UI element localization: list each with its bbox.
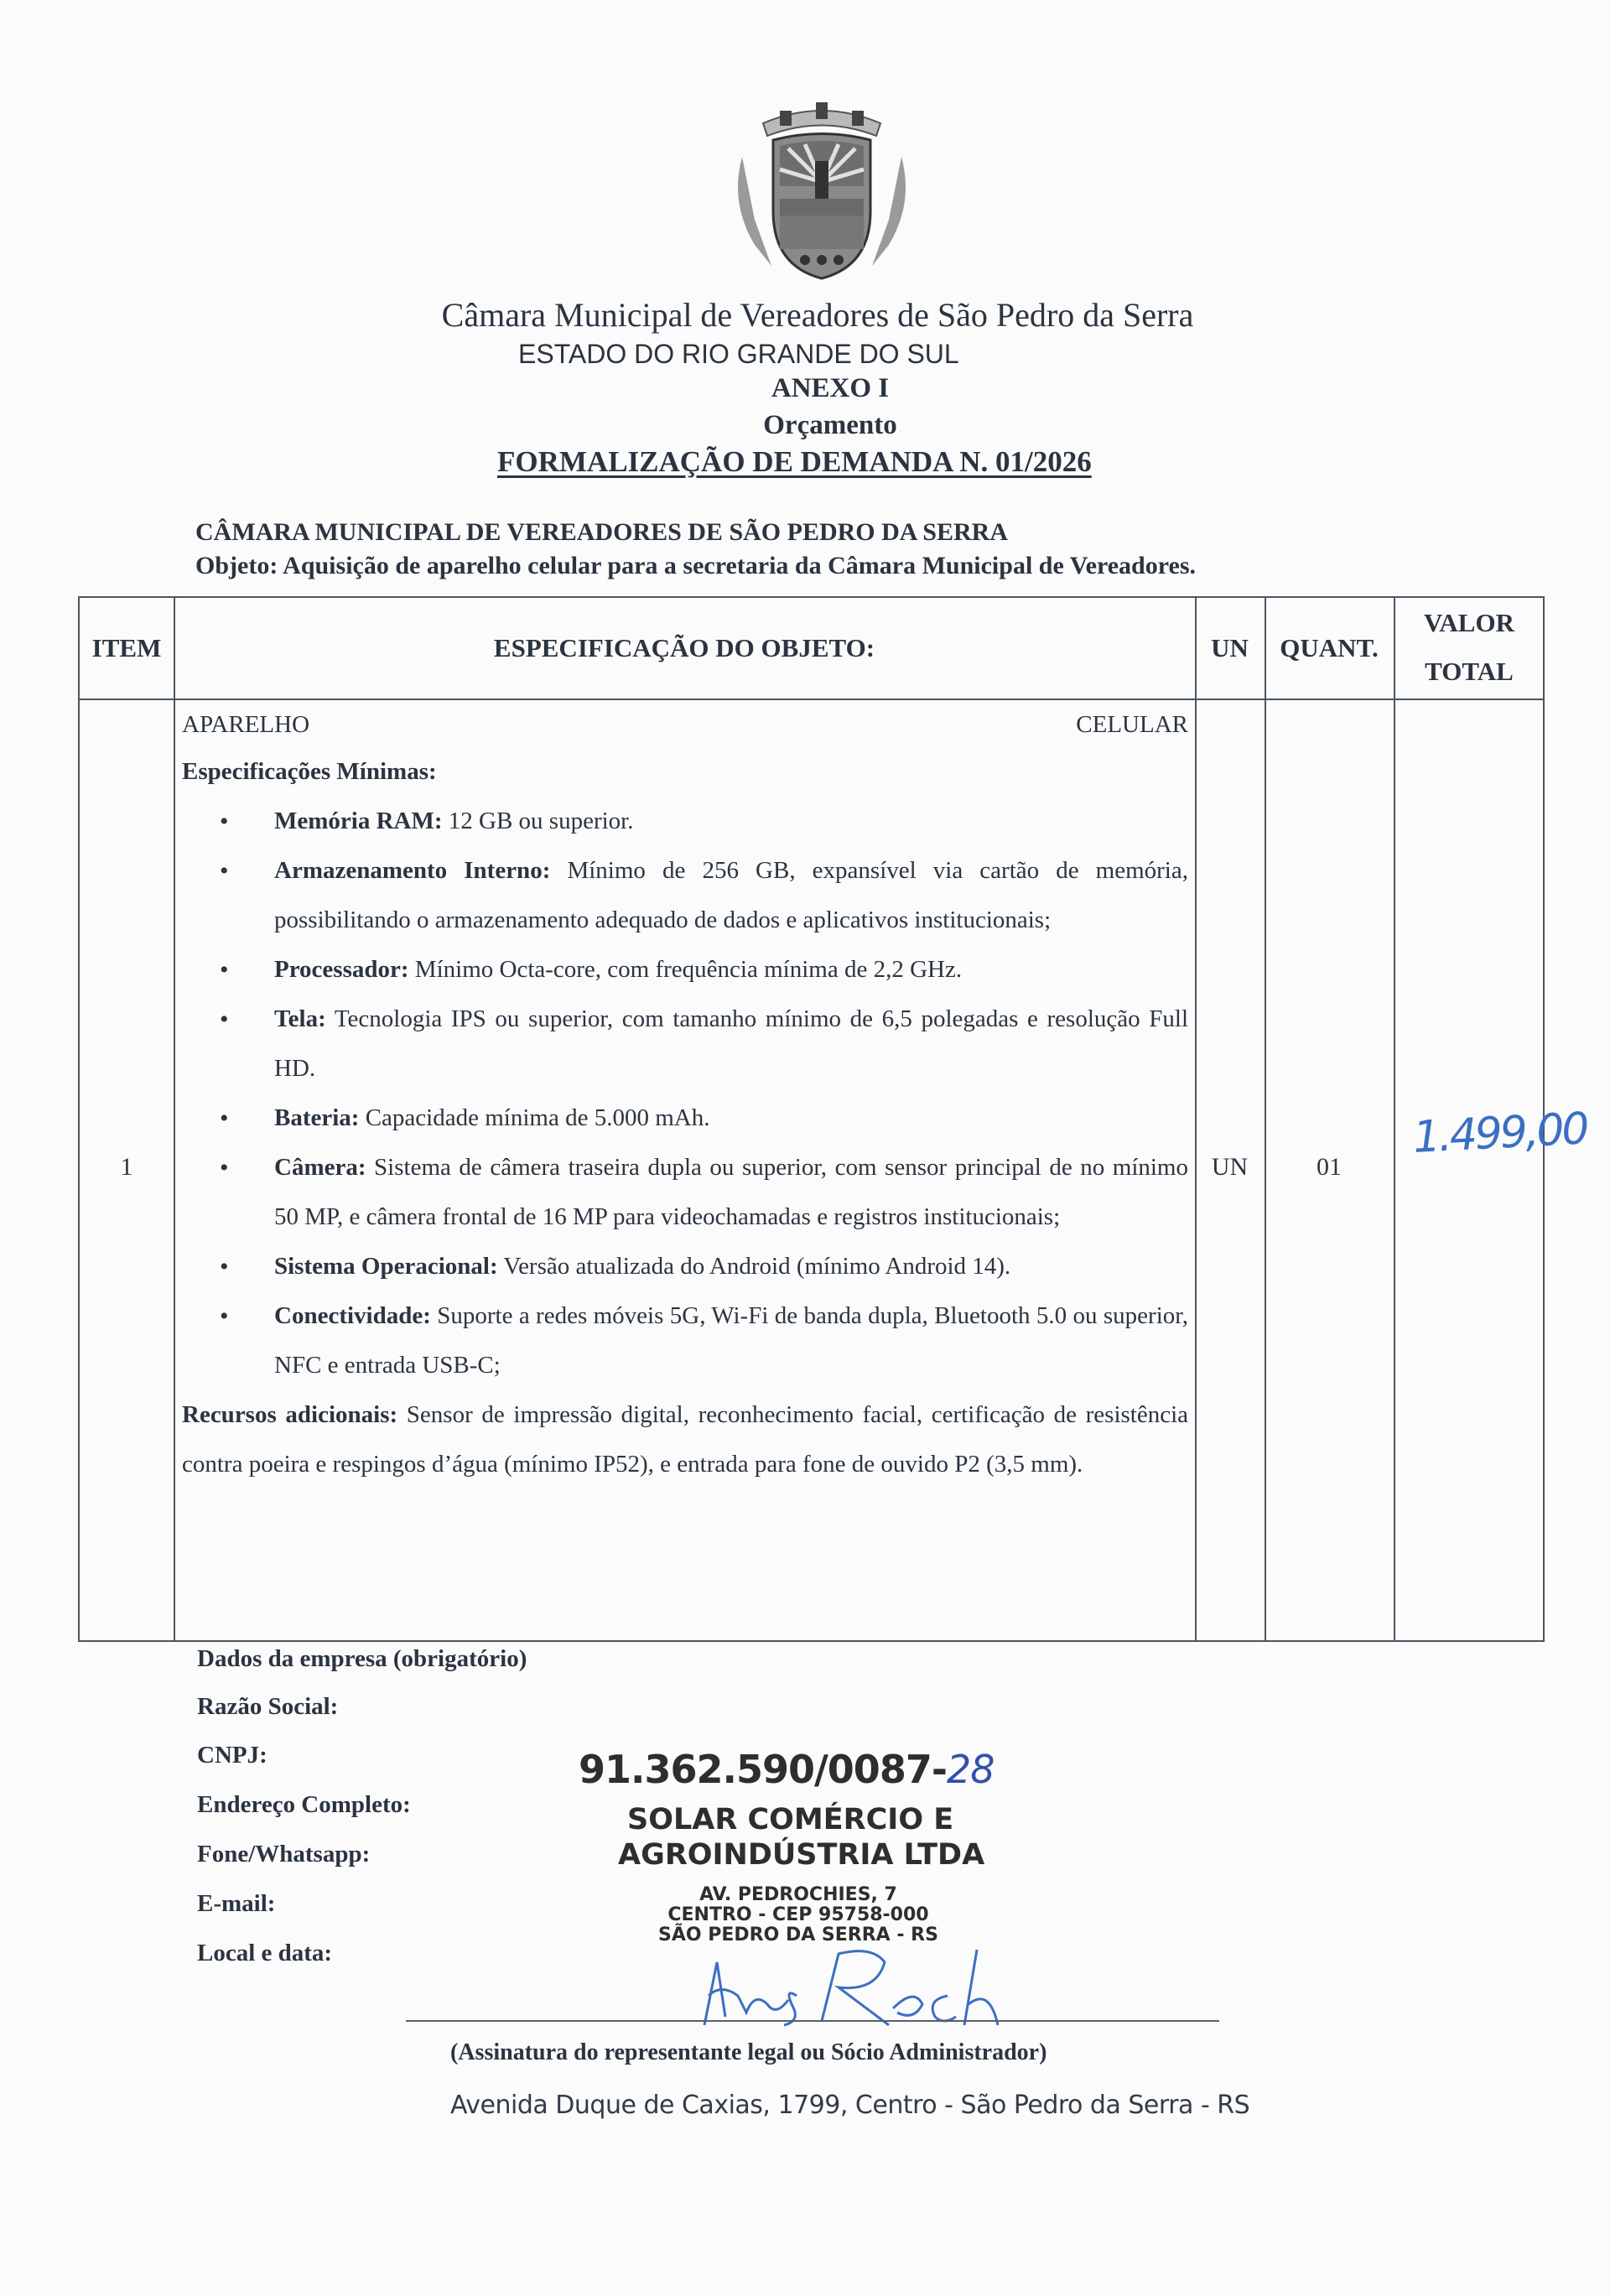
spec-item-camera: Câmera: Sistema de câmera traseira dupla… xyxy=(182,1143,1188,1242)
spec-item-connectivity: Conectividade: Suporte a redes móveis 5G… xyxy=(182,1291,1188,1390)
handwritten-signature xyxy=(696,1945,1048,2038)
additional-resources: Recursos adicionais: Sensor de impressão… xyxy=(182,1390,1188,1489)
cell-unit: UN xyxy=(1195,1153,1265,1182)
cell-quantity: 01 xyxy=(1265,1153,1394,1182)
product-title-row: APARELHO CELULAR xyxy=(182,700,1188,747)
spec-item-storage: Armazenamento Interno: Mínimo de 256 GB,… xyxy=(182,846,1188,945)
header-quantity: QUANT. xyxy=(1265,633,1394,663)
label-address: Endereço Completo: xyxy=(197,1791,411,1819)
institution-title: Câmara Municipal de Vereadores de São Pe… xyxy=(0,295,1610,335)
product-title-left: APARELHO xyxy=(182,700,309,747)
header-item: ITEM xyxy=(80,633,174,663)
label-cnpj: CNPJ: xyxy=(197,1742,267,1769)
spec-item-battery: Bateria: Capacidade mínima de 5.000 mAh. xyxy=(182,1093,1188,1143)
spec-heading: Especificações Mínimas: xyxy=(182,747,1188,797)
municipal-crest-logo xyxy=(721,77,922,287)
spec-item-os: Sistema Operacional: Versão atualizada d… xyxy=(182,1242,1188,1291)
state-subtitle: ESTADO DO RIO GRANDE DO SUL xyxy=(518,339,959,370)
specification-table: ITEM ESPECIFICAÇÃO DO OBJETO: UN QUANT. … xyxy=(78,596,1545,1642)
label-place-date: Local e data: xyxy=(197,1940,332,1967)
label-email: E-mail: xyxy=(197,1890,275,1918)
signature-line xyxy=(406,2020,1219,2022)
stamp-company-name-line2: AGROINDÚSTRIA LTDA xyxy=(618,1838,984,1872)
cell-item-number: 1 xyxy=(80,1153,174,1182)
object-description: Objeto: Aquisição de aparelho celular pa… xyxy=(195,552,1196,580)
footer-address: Avenida Duque de Caxias, 1799, Centro - … xyxy=(450,2091,1249,2120)
cnpj-handwritten-digits: 28 xyxy=(947,1747,995,1792)
stamp-company-name-line1: SOLAR COMÉRCIO E xyxy=(627,1803,953,1836)
demand-number-title: FORMALIZAÇÃO DE DEMANDA N. 01/2026 xyxy=(497,445,1092,479)
document-subtitle: Orçamento xyxy=(0,410,1610,441)
signature-caption: (Assinatura do representante legal ou Só… xyxy=(450,2039,1046,2066)
product-title-right: CELULAR xyxy=(1076,700,1188,747)
header-specification: ESPECIFICAÇÃO DO OBJETO: xyxy=(174,633,1195,663)
spec-item-ram: Memória RAM: 12 GB ou superior. xyxy=(182,797,1188,846)
stamp-cnpj: 91.362.590/0087-28 xyxy=(579,1747,994,1792)
spec-list: Memória RAM: 12 GB ou superior. Armazena… xyxy=(182,797,1188,1390)
header-total-value-line2: TOTAL xyxy=(1394,657,1545,687)
header-unit: UN xyxy=(1195,633,1265,663)
company-data-heading: Dados da empresa (obrigatório) xyxy=(197,1645,527,1673)
spec-item-processor: Processador: Mínimo Octa-core, com frequ… xyxy=(182,945,1188,995)
entity-heading: CÂMARA MUNICIPAL DE VEREADORES DE SÃO PE… xyxy=(195,518,1008,547)
stamp-address: AV. PEDROCHIES, 7 CENTRO - CEP 95758-000… xyxy=(614,1885,983,1945)
header-total-value-line1: VALOR xyxy=(1394,608,1545,638)
label-razao-social: Razão Social: xyxy=(197,1693,338,1721)
cell-specification: APARELHO CELULAR Especificações Mínimas:… xyxy=(182,700,1188,1489)
spec-item-screen: Tela: Tecnologia IPS ou superior, com ta… xyxy=(182,995,1188,1093)
label-phone: Fone/Whatsapp: xyxy=(197,1841,370,1868)
cell-total-value-handwritten: 1.499,00 xyxy=(1412,1103,1607,1163)
annex-title: ANEXO I xyxy=(0,373,1610,404)
